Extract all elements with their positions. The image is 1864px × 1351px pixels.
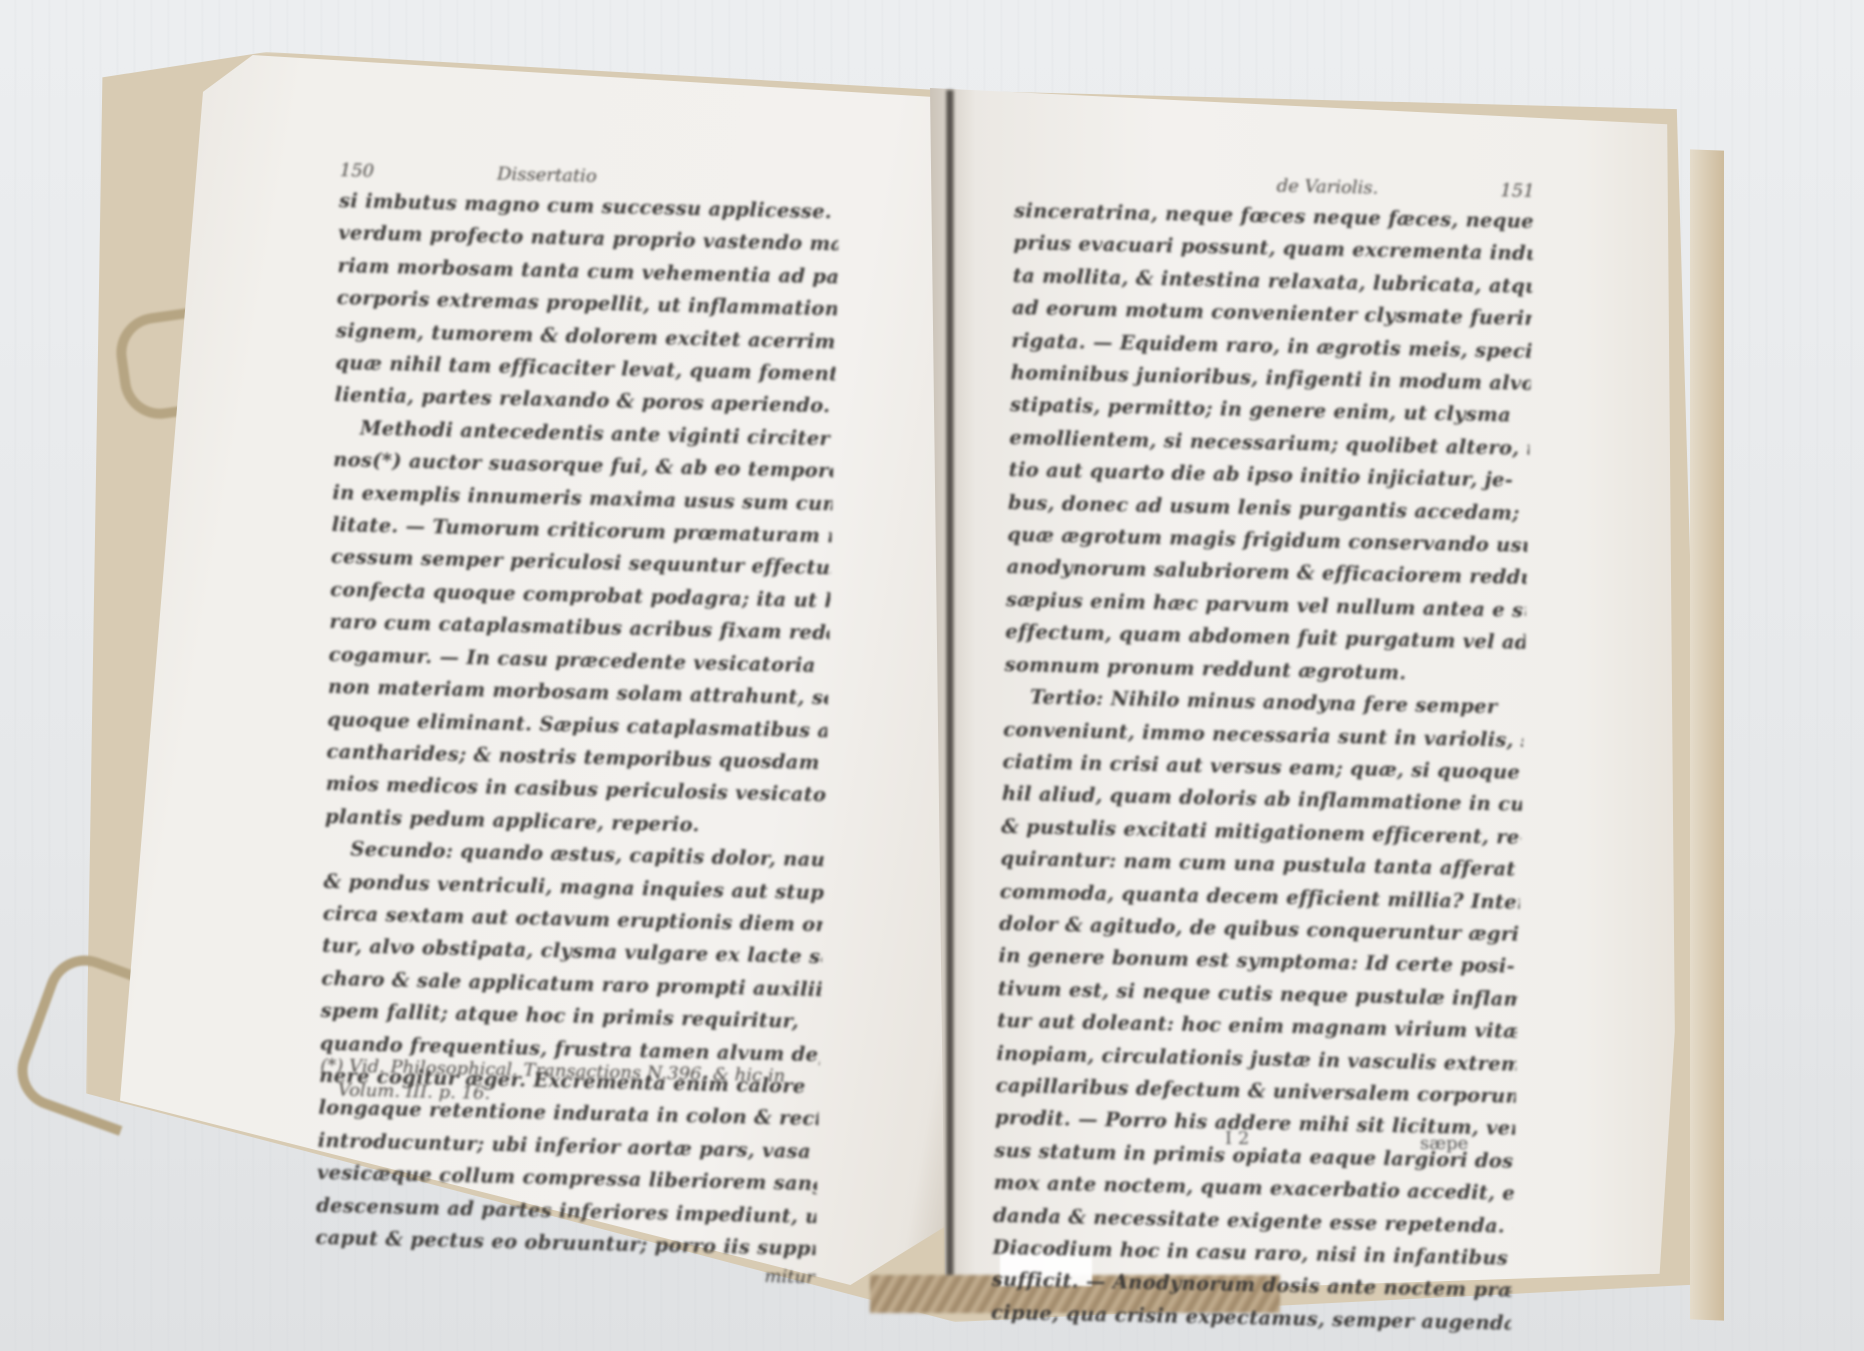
right-catchword: sæpe (1420, 1133, 1468, 1154)
signature-mark: I 2 (1225, 1128, 1249, 1149)
left-running-title: Dissertatio (497, 164, 597, 187)
right-body-lines: sinceratrina, neque fœces neque fæces, n… (991, 195, 1535, 1340)
right-page-number: 151 (1500, 180, 1535, 202)
right-page-text: de Variolis. 151 sinceratrina, neque fœc… (991, 170, 1535, 1340)
book-gutter (946, 90, 954, 1290)
right-running-title: de Variolis. (1276, 175, 1378, 198)
book-fore-edge (1690, 149, 1724, 1320)
left-page-number: 150 (340, 160, 375, 182)
left-page-text: 150 Dissertatio si imbutus magno cum suc… (315, 160, 840, 1288)
